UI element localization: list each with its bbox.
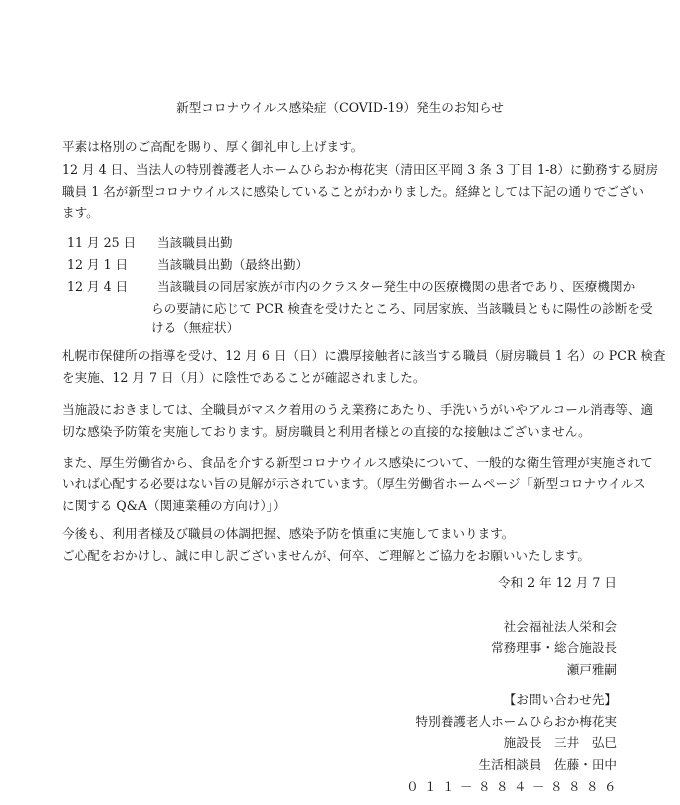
- timeline-description: 当該職員の同居家族が市内のクラスター発生中の医療機関の患者であり、医療機関か: [157, 279, 635, 295]
- timeline-date: 11 月 25 日: [67, 235, 136, 251]
- contact-counselors: 生活相談員 佐藤・田中: [478, 757, 617, 773]
- paragraph-line: 札幌市保健所の指導を受け、12 月 6 日（日）に濃厚接触者に該当する職員（厨房…: [62, 348, 666, 364]
- intro-line: 12 月 4 日、当法人の特別養護老人ホームひらおか梅花実（清田区平岡 3 条 …: [62, 162, 658, 178]
- paragraph-line: いれば心配する必要はない旨の見解が示されています。（厚生労働省ホームページ「新型…: [62, 476, 646, 492]
- contact-director: 施設長 三井 弘巳: [504, 735, 617, 751]
- timeline-description: 当該職員出勤（最終出勤）: [157, 257, 308, 273]
- paragraph-line: に関する Q&A（関連業種の方向け）」）: [62, 498, 286, 514]
- paragraph-line: また、厚生労働省から、食品を介する新型コロナウイルス感染について、一般的な衛生管…: [62, 455, 653, 471]
- paragraph-line: 今後も、利用者様及び職員の体調把握、感染予防を慎重に実施してまいります。: [62, 526, 514, 542]
- timeline-date: 12 月 4 日: [67, 279, 128, 295]
- signer-position: 常務理事・総合施設長: [491, 640, 617, 656]
- intro-line: ます。: [62, 205, 99, 221]
- issue-date: 令和 2 年 12 月 7 日: [498, 575, 617, 591]
- paragraph-line: 当施設におきましては、全職員がマスク着用のうえ業務にあたり、手洗いうがいやアルコ…: [62, 402, 653, 418]
- notice-document: 新型コロナウイルス感染症（COVID-19）発生のお知らせ 平素は格別のご高配を…: [0, 0, 680, 805]
- greeting-line: 平素は格別のご高配を賜り、厚く御礼申し上げます。: [62, 139, 363, 155]
- contact-heading: 【お問い合わせ先】: [504, 692, 617, 708]
- timeline-date: 12 月 1 日: [67, 257, 128, 273]
- document-title: 新型コロナウイルス感染症（COVID-19）発生のお知らせ: [0, 100, 680, 116]
- timeline-description: ける（無症状）: [151, 320, 239, 336]
- timeline-description: らの要請に応じて PCR 検査を受けたところ、同居家族、当該職員ともに陽性の診断…: [151, 301, 653, 317]
- contact-phone: ０１１－８８４－８８８６: [406, 779, 622, 795]
- intro-line: 職員 1 名が新型コロナウイルスに感染していることがわかりました。経緯としては下…: [62, 184, 644, 200]
- timeline-description: 当該職員出勤: [157, 235, 233, 251]
- paragraph-line: を実施、12 月 7 日（月）に陰性であることが確認されました。: [62, 370, 426, 386]
- contact-facility: 特別養護老人ホームひらおか梅花実: [416, 714, 618, 730]
- organization-name: 社会福祉法人栄和会: [504, 619, 617, 635]
- paragraph-line: 切な感染予防策を実施しております。厨房職員と利用者様との直接的な接触はございませ…: [62, 424, 591, 440]
- paragraph-line: ご心配をおかけし、誠に申し訳ございませんが、何卒、ご理解とご協力をお願いいたしま…: [62, 548, 590, 564]
- signer-name: 瀬戸雅嗣: [567, 662, 617, 678]
